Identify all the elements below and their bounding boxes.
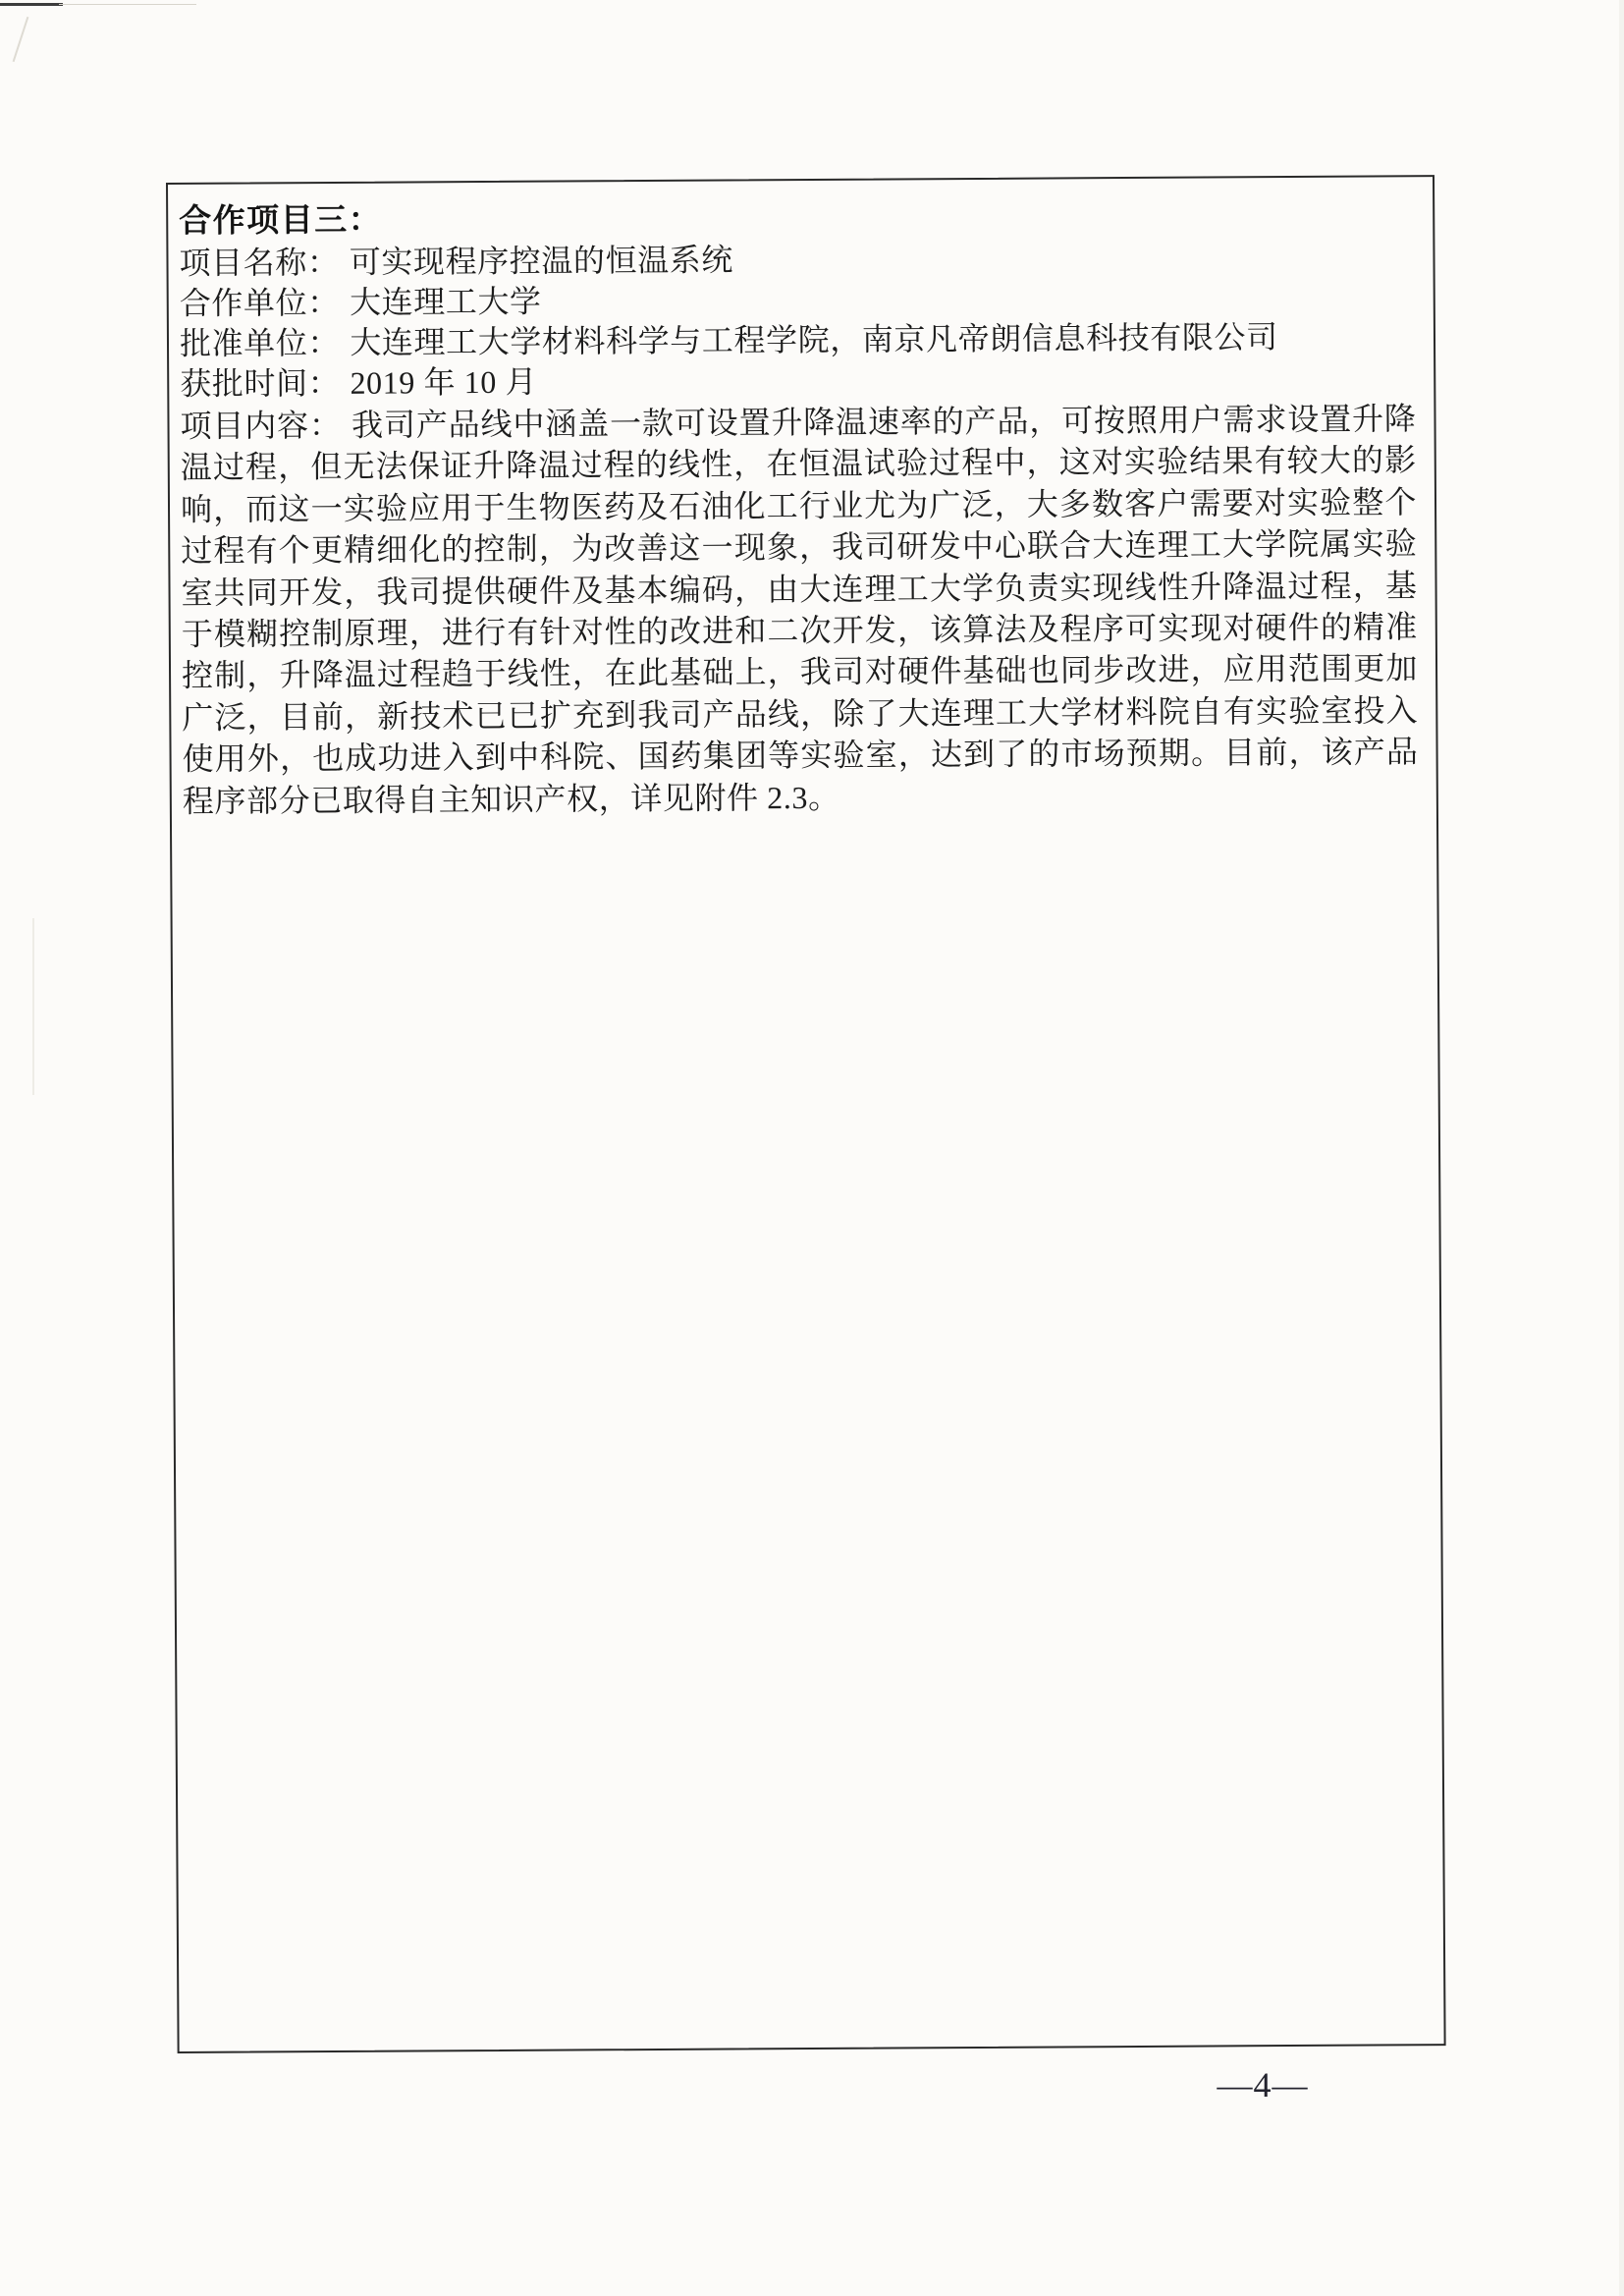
document-page: { "document": { "section_title": "合作项目三：… [0, 0, 1624, 2296]
page-number: —4— [1204, 2064, 1322, 2105]
content-box: 合作项目三： 项目名称：可实现程序控温的恒温系统 合作单位：大连理工大学 批准单… [166, 175, 1446, 2053]
field-row-approval-unit: 批准单位：大连理工大学材料科学与工程学院，南京凡帝朗信息科技有限公司 [180, 316, 1416, 364]
section-title: 合作项目三： [179, 191, 1415, 244]
field-value: 大连理工大学材料科学与工程学院，南京凡帝朗信息科技有限公司 [350, 319, 1278, 360]
content-text: 我司产品线中涵盖一款可设置升降温速率的产品，可按照用户需求设置升降温过程，但无法… [181, 401, 1419, 818]
scan-artifact-right-edge [1619, 0, 1624, 2296]
field-label: 获批时间： [180, 365, 340, 402]
scan-artifact-top-line-faint [59, 4, 196, 5]
field-value: 2019 年 10 月 [350, 364, 537, 401]
field-label: 合作单位： [180, 285, 340, 321]
content-label: 项目内容： [180, 408, 342, 444]
scan-artifact-scratch [13, 17, 29, 62]
field-value: 可实现程序控温的恒温系统 [350, 242, 733, 279]
field-value: 大连理工大学 [350, 284, 542, 320]
field-label: 项目名称： [179, 245, 339, 281]
field-row-approval-time: 获批时间：2019 年 10 月 [180, 356, 1416, 405]
scan-artifact-top-line [0, 3, 63, 6]
project-content-paragraph: 项目内容：我司产品线中涵盖一款可设置升降温速率的产品，可按照用户需求设置升降温过… [180, 398, 1419, 822]
scan-artifact-left-streak [32, 918, 34, 1095]
field-label: 批准单位： [180, 325, 340, 361]
